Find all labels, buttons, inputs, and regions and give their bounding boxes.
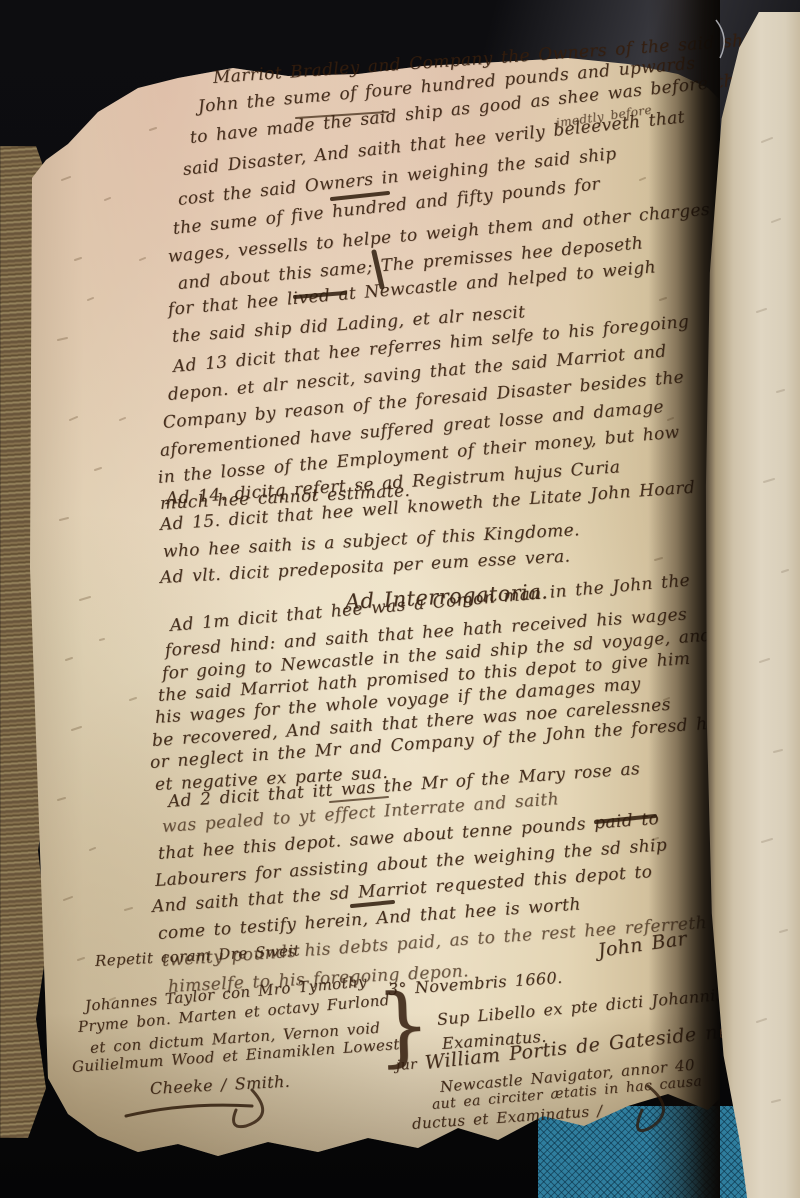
jurat-abbreviation: jur <box>395 1057 417 1074</box>
manuscript-photo: Marriot Bradley and Company the Owners o… <box>0 0 800 1198</box>
